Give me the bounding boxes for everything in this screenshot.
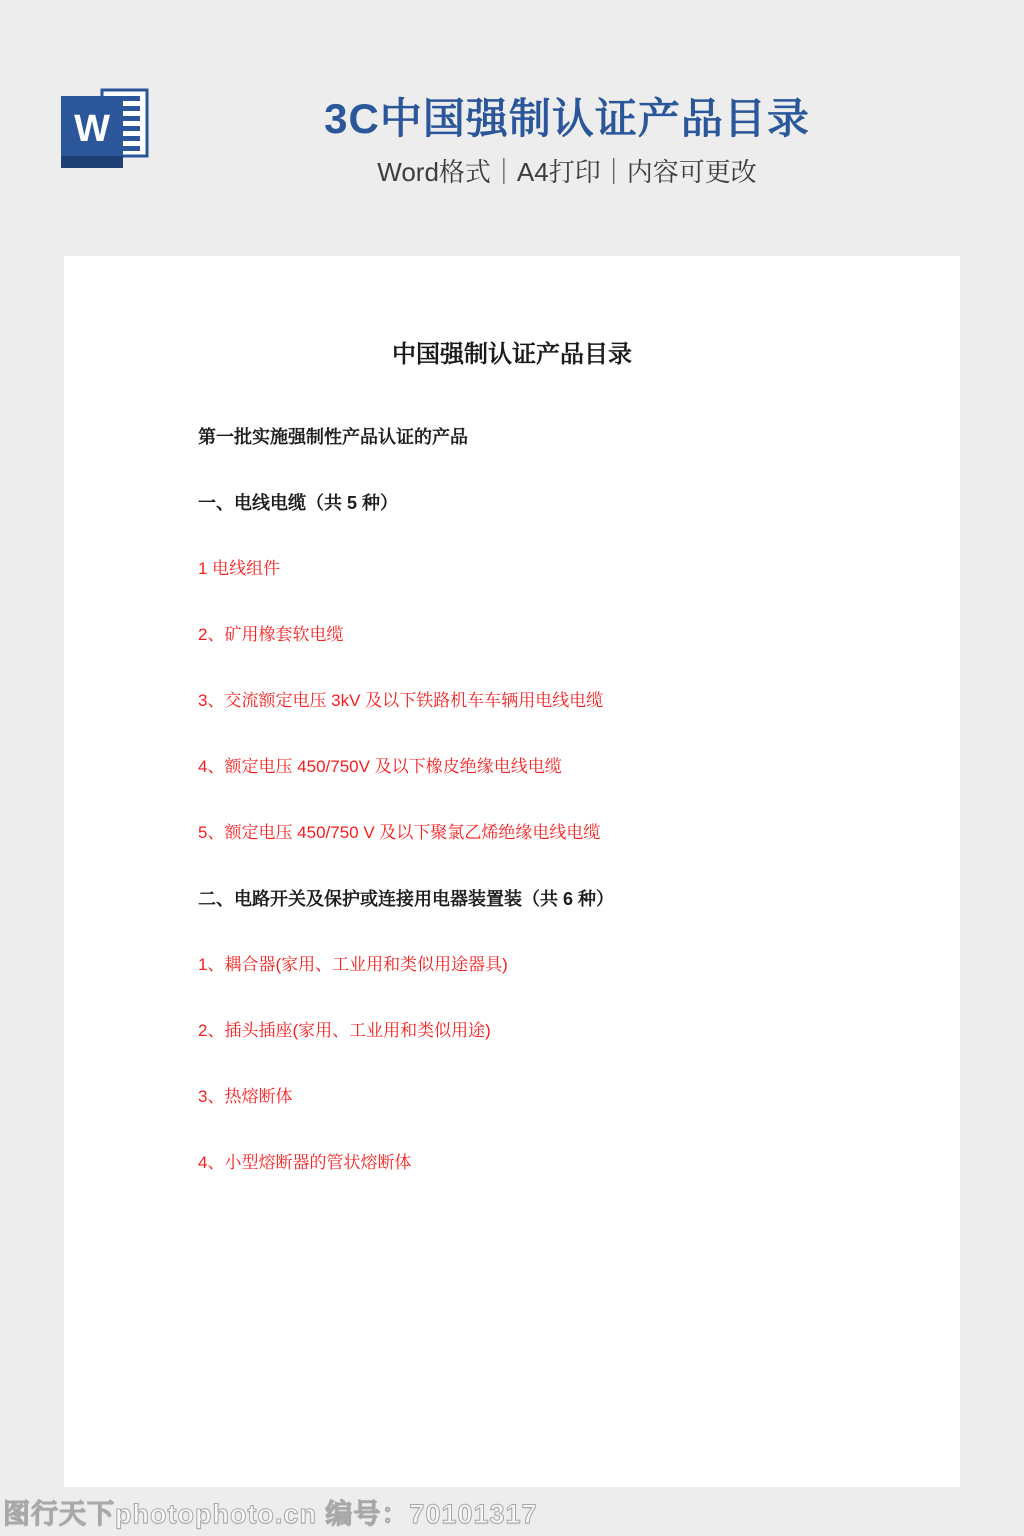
page-title: 3C中国强制认证产品目录 <box>110 94 1024 144</box>
catalog-item: 4、小型熔断器的管状熔断体 <box>198 1151 900 1175</box>
catalog-item: 3、热熔断体 <box>198 1085 900 1109</box>
catalog-item: 1 电线组件 <box>198 557 900 581</box>
header-text-block: 3C中国强制认证产品目录 Word格式｜A4打印｜内容可更改 <box>0 94 1024 188</box>
document-title: 中国强制认证产品目录 <box>64 256 960 370</box>
section-1-heading: 一、电线电缆（共 5 种） <box>198 491 900 515</box>
catalog-item: 4、额定电压 450/750V 及以下橡皮绝缘电线电缆 <box>198 755 900 779</box>
document-body: 第一批实施强制性产品认证的产品 一、电线电缆（共 5 种） 1 电线组件 2、矿… <box>64 425 960 1175</box>
section-2-heading: 二、电路开关及保护或连接用电器装置装（共 6 种） <box>198 887 900 911</box>
catalog-item: 2、矿用橡套软电缆 <box>198 623 900 647</box>
watermark-text: 图行天下photophoto.cn 编号：70101317 <box>3 1492 538 1531</box>
catalog-item: 5、额定电压 450/750 V 及以下聚氯乙烯绝缘电线电缆 <box>198 821 900 845</box>
catalog-item: 2、插头插座(家用、工业用和类似用途) <box>198 1019 900 1043</box>
page-subtitle: Word格式｜A4打印｜内容可更改 <box>110 156 1024 188</box>
document-preview-card: 中国强制认证产品目录 第一批实施强制性产品认证的产品 一、电线电缆（共 5 种）… <box>64 256 960 1487</box>
catalog-item: 1、耦合器(家用、工业用和类似用途器具) <box>198 953 900 977</box>
intro-heading: 第一批实施强制性产品认证的产品 <box>198 425 900 449</box>
catalog-item: 3、交流额定电压 3kV 及以下铁路机车车辆用电线电缆 <box>198 689 900 713</box>
